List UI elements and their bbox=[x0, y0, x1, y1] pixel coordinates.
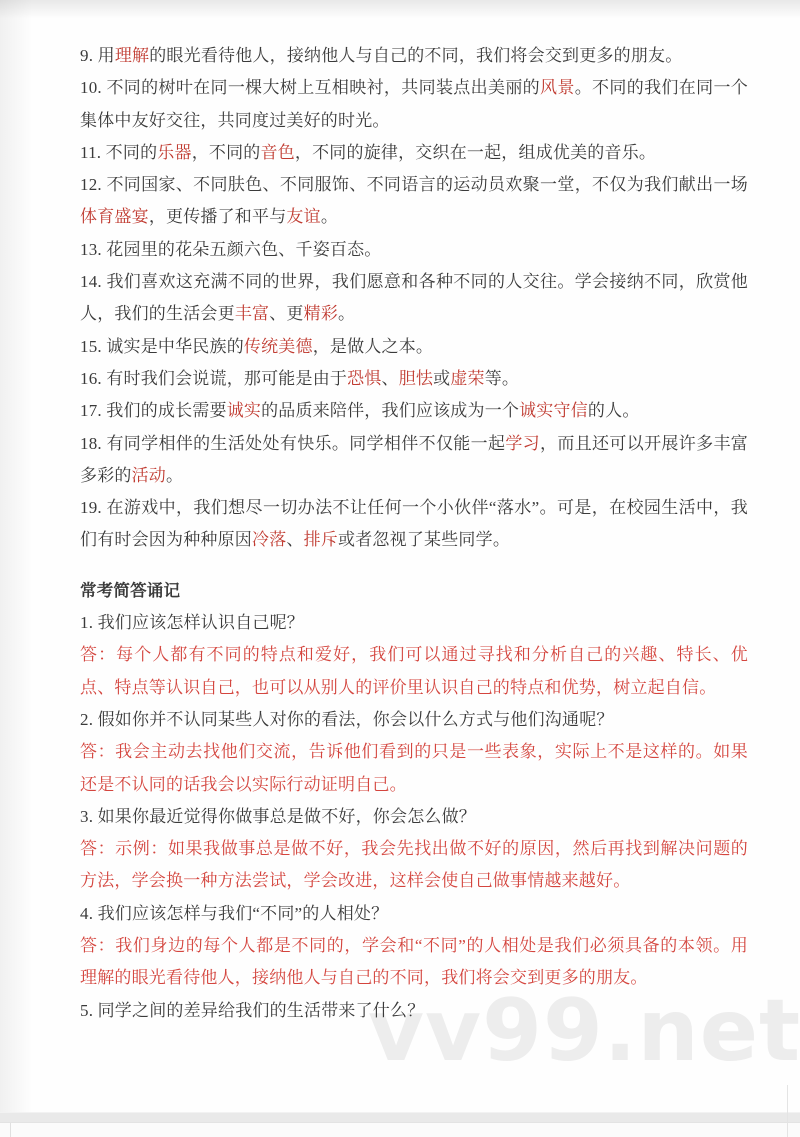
text-segment: 4. 我们应该怎样与我们“不同”的人相处？ bbox=[80, 904, 388, 923]
highlighted-text: 诚实 bbox=[227, 401, 261, 420]
text-segment: 。 bbox=[338, 304, 355, 323]
text-segment: 18. 有同学相伴的生活处处有快乐。同学相伴不仅能一起 bbox=[80, 434, 505, 453]
page-left-shadow bbox=[0, 0, 36, 1112]
text-segment: 14. 我们喜欢这充满不同的世界，我们愿意和各种不同的人交往。学会接纳不同，欣赏… bbox=[80, 272, 748, 323]
text-segment: 5. 同学之间的差异给我们的生活带来了什么？ bbox=[80, 1001, 424, 1020]
text-segment: 17. 我们的成长需要 bbox=[80, 401, 227, 420]
text-segment: 12. 不同国家、不同肤色、不同服饰、不同语言的运动员欢聚一堂，不仅为我们献出一… bbox=[80, 175, 748, 194]
text-segment: 等。 bbox=[485, 369, 519, 388]
text-segment: 9. 用 bbox=[80, 46, 115, 65]
text-segment: ，是做人之本。 bbox=[313, 337, 433, 356]
text-segment: 13. 花园里的花朵五颜六色、千姿百态。 bbox=[80, 240, 382, 259]
page-right-edge bbox=[787, 1085, 788, 1137]
question-4: 4. 我们应该怎样与我们“不同”的人相处？ bbox=[80, 898, 748, 930]
list-item-16: 16. 有时我们会说谎，那可能是由于恐惧、胆怯或虚荣等。 bbox=[80, 363, 748, 395]
answer-1: 答：每个人都有不同的特点和爱好，我们可以通过寻找和分析自己的兴趣、特长、优点、特… bbox=[80, 639, 748, 704]
text-segment: 常考简答诵记 bbox=[80, 582, 180, 600]
page-separator bbox=[0, 1112, 800, 1123]
highlighted-text: 活动 bbox=[132, 466, 166, 485]
list-item-9: 9. 用理解的眼光看待他人，接纳他人与自己的不同，我们将会交到更多的朋友。 bbox=[80, 40, 748, 72]
question-1: 1. 我们应该怎样认识自己呢？ bbox=[80, 607, 748, 639]
highlighted-text: 答：我会主动去找他们交流，告诉他们看到的只是一些表象，实际上不是这样的。如果还是… bbox=[80, 742, 748, 793]
next-page-left-edge bbox=[10, 1123, 11, 1137]
highlighted-text: 答：示例：如果我做事总是做不好，我会先找出做不好的原因，然后再找到解决问题的方法… bbox=[80, 839, 748, 890]
question-3: 3. 如果你最近觉得你做事总是做不好，你会怎么做？ bbox=[80, 801, 748, 833]
text-segment: 15. 诚实是中华民族的 bbox=[80, 337, 244, 356]
list-item-14: 14. 我们喜欢这充满不同的世界，我们愿意和各种不同的人交往。学会接纳不同，欣赏… bbox=[80, 266, 748, 331]
highlighted-text: 音色 bbox=[261, 143, 295, 162]
highlighted-text: 乐器 bbox=[157, 143, 191, 162]
text-segment: 、 bbox=[382, 369, 399, 388]
highlighted-text: 诚实守信 bbox=[519, 401, 588, 420]
text-segment: 3. 如果你最近觉得你做事总是做不好，你会怎么做？ bbox=[80, 807, 476, 826]
highlighted-text: 丰富 bbox=[235, 304, 269, 323]
list-item-17: 17. 我们的成长需要诚实的品质来陪伴，我们应该成为一个诚实守信的人。 bbox=[80, 395, 748, 427]
answer-2: 答：我会主动去找他们交流，告诉他们看到的只是一些表象，实际上不是这样的。如果还是… bbox=[80, 736, 748, 801]
section-heading: 常考简答诵记 bbox=[80, 575, 748, 607]
document-body: 9. 用理解的眼光看待他人，接纳他人与自己的不同，我们将会交到更多的朋友。10.… bbox=[80, 40, 748, 1027]
text-segment: 或者忽视了某些同学。 bbox=[338, 530, 510, 549]
text-segment: 的人。 bbox=[588, 401, 640, 420]
text-segment: 、更 bbox=[269, 304, 303, 323]
text-segment: ，更传播了和平与 bbox=[149, 207, 287, 226]
highlighted-text: 学习 bbox=[505, 434, 540, 453]
document-page: vv99.net 9. 用理解的眼光看待他人，接纳他人与自己的不同，我们将会交到… bbox=[0, 0, 800, 1137]
question-5: 5. 同学之间的差异给我们的生活带来了什么？ bbox=[80, 995, 748, 1027]
text-segment: 、 bbox=[286, 530, 303, 549]
text-segment: 的品质来陪伴，我们应该成为一个 bbox=[261, 401, 519, 420]
question-2: 2. 假如你并不认同某些人对你的看法，你会以什么方式与他们沟通呢？ bbox=[80, 704, 748, 736]
highlighted-text: 冷落 bbox=[252, 530, 286, 549]
next-page-top bbox=[0, 1123, 800, 1137]
highlighted-text: 答：我们身边的每个人都是不同的，学会和“不同”的人相处是我们必须具备的本领。用理… bbox=[80, 936, 748, 987]
highlighted-text: 精彩 bbox=[304, 304, 338, 323]
text-segment: 11. 不同的 bbox=[80, 143, 157, 162]
text-segment: ，不同的旋律，交织在一起，组成优美的音乐。 bbox=[295, 143, 656, 162]
text-segment: 10. 不同的树叶在同一棵大树上互相映衬，共同装点出美丽的 bbox=[80, 78, 540, 97]
text-segment: 16. 有时我们会说谎，那可能是由于 bbox=[80, 369, 347, 388]
highlighted-text: 理解 bbox=[115, 46, 149, 65]
text-segment: ，不同的 bbox=[192, 143, 261, 162]
text-segment: 1. 我们应该怎样认识自己呢？ bbox=[80, 613, 304, 632]
list-item-13: 13. 花园里的花朵五颜六色、千姿百态。 bbox=[80, 234, 748, 266]
text-segment: 。 bbox=[321, 207, 338, 226]
list-item-11: 11. 不同的乐器，不同的音色，不同的旋律，交织在一起，组成优美的音乐。 bbox=[80, 137, 748, 169]
highlighted-text: 答：每个人都有不同的特点和爱好，我们可以通过寻找和分析自己的兴趣、特长、优点、特… bbox=[80, 645, 748, 696]
list-item-18: 18. 有同学相伴的生活处处有快乐。同学相伴不仅能一起学习，而且还可以开展许多丰… bbox=[80, 428, 748, 493]
highlighted-text: 风景 bbox=[540, 78, 575, 97]
list-item-15: 15. 诚实是中华民族的传统美德，是做人之本。 bbox=[80, 331, 748, 363]
page-top-shadow bbox=[0, 0, 800, 22]
highlighted-text: 排斥 bbox=[304, 530, 338, 549]
answer-3: 答：示例：如果我做事总是做不好，我会先找出做不好的原因，然后再找到解决问题的方法… bbox=[80, 833, 748, 898]
highlighted-text: 传统美德 bbox=[244, 337, 313, 356]
list-item-19: 19. 在游戏中，我们想尽一切办法不让任何一个小伙伴“落水”。可是，在校园生活中… bbox=[80, 492, 748, 557]
text-segment: 的眼光看待他人，接纳他人与自己的不同，我们将会交到更多的朋友。 bbox=[149, 46, 682, 65]
highlighted-text: 友谊 bbox=[286, 207, 320, 226]
list-item-10: 10. 不同的树叶在同一棵大树上互相映衬，共同装点出美丽的风景。不同的我们在同一… bbox=[80, 72, 748, 137]
answer-4: 答：我们身边的每个人都是不同的，学会和“不同”的人相处是我们必须具备的本领。用理… bbox=[80, 930, 748, 995]
highlighted-text: 胆怯 bbox=[399, 369, 433, 388]
highlighted-text: 体育盛宴 bbox=[80, 207, 149, 226]
highlighted-text: 恐惧 bbox=[347, 369, 381, 388]
highlighted-text: 虚荣 bbox=[450, 369, 484, 388]
list-item-12: 12. 不同国家、不同肤色、不同服饰、不同语言的运动员欢聚一堂，不仅为我们献出一… bbox=[80, 169, 748, 234]
text-segment: 或 bbox=[433, 369, 450, 388]
text-segment: 2. 假如你并不认同某些人对你的看法，你会以什么方式与他们沟通呢？ bbox=[80, 710, 614, 729]
text-segment: 。 bbox=[166, 466, 183, 485]
